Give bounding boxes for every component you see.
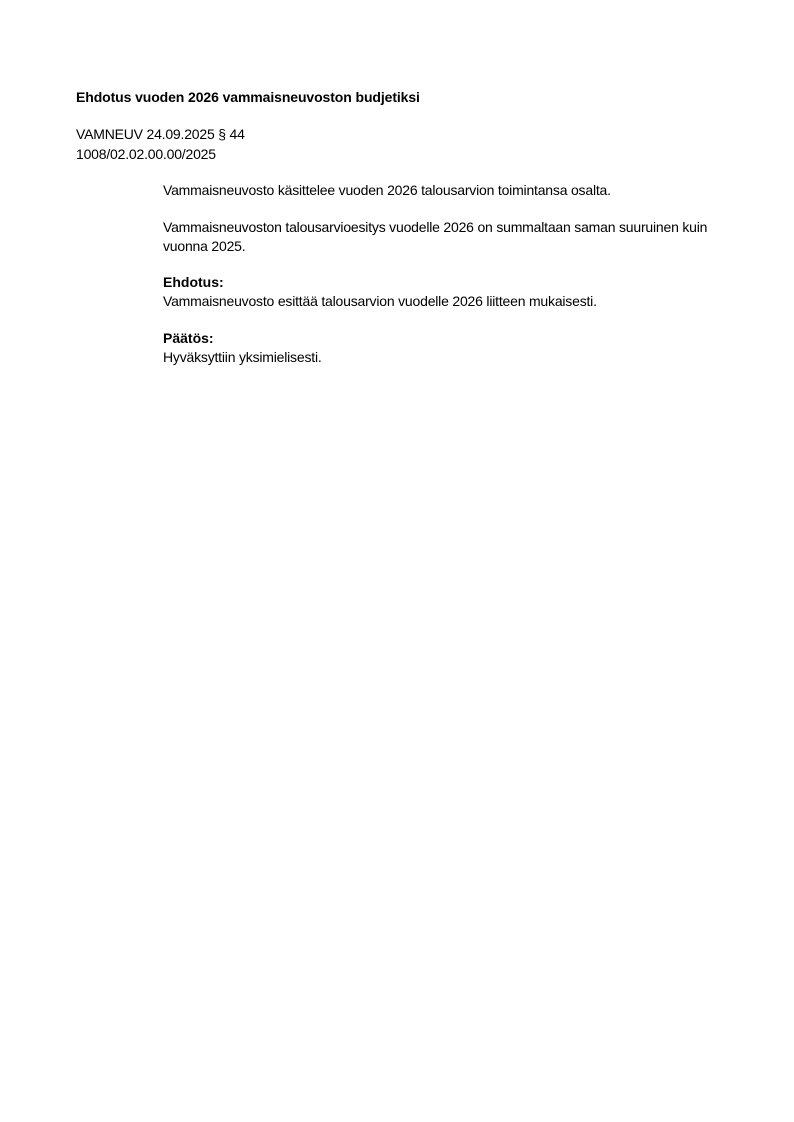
decision-label: Päätös: (163, 329, 733, 348)
decision-text: Hyväksyttiin yksimielisesti. (163, 348, 733, 367)
paragraph-intro: Vammaisneuvosto käsittelee vuoden 2026 t… (163, 181, 733, 200)
proposal-section: Ehdotus: Vammaisneuvosto esittää talousa… (163, 273, 733, 311)
proposal-text: Vammaisneuvosto esittää talousarvion vuo… (163, 292, 733, 311)
document-title: Ehdotus vuoden 2026 vammaisneuvoston bud… (76, 89, 420, 105)
record-number: 1008/02.02.00.00/2025 (76, 146, 216, 162)
document-page: Ehdotus vuoden 2026 vammaisneuvoston bud… (0, 0, 794, 1122)
paragraph-budget-summary: Vammaisneuvoston talousarvioesitys vuode… (163, 218, 733, 256)
meeting-reference: VAMNEUV 24.09.2025 § 44 (76, 126, 245, 142)
proposal-label: Ehdotus: (163, 273, 733, 292)
decision-section: Päätös: Hyväksyttiin yksimielisesti. (163, 329, 733, 367)
